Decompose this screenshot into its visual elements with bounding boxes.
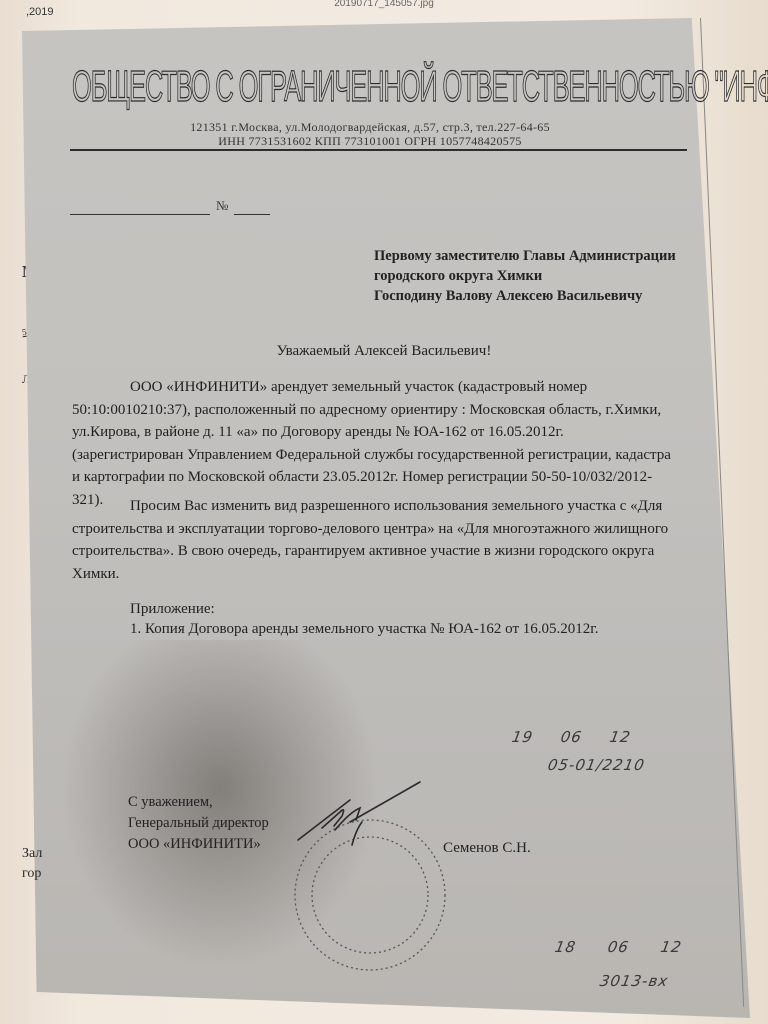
signature-and-seal [0, 0, 768, 1024]
seal-stamp-icon [295, 820, 445, 970]
handwritten-number-2: 3013-вх [598, 972, 669, 990]
handwritten-date-2: 18 06 12 [553, 938, 683, 956]
signature-icon [298, 782, 420, 845]
